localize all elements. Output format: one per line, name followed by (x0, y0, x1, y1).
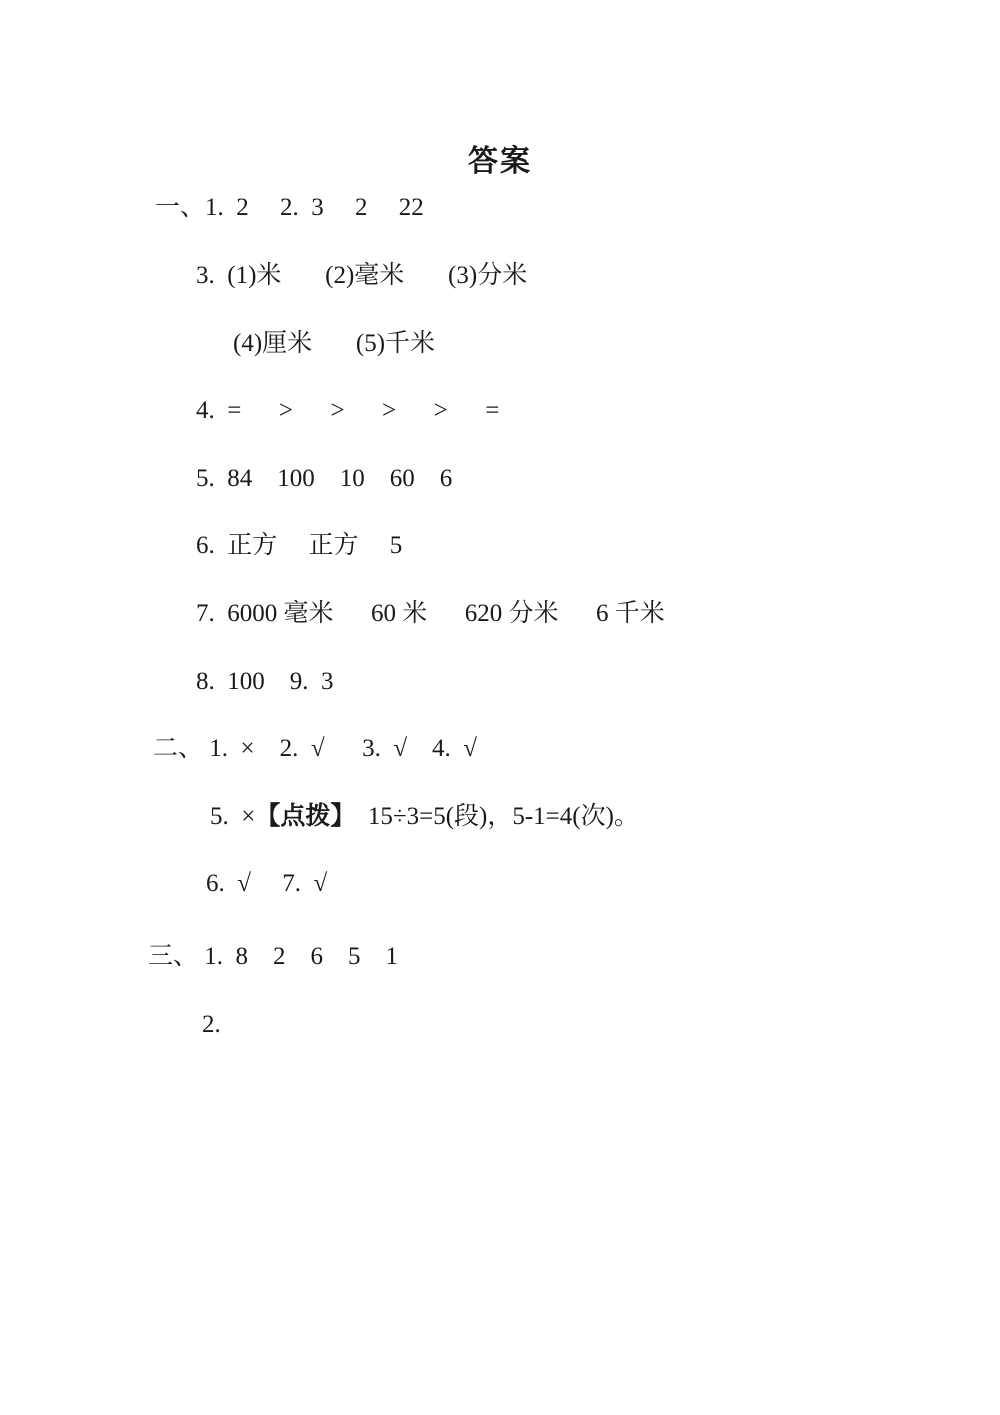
answers-section-three-q1: 1. 8 2 6 5 1 (198, 943, 398, 970)
answers-q6: 6. 正方 正方 5 (196, 532, 402, 559)
answers-q3-part1: 3. (1)米 (2)毫米 (3)分米 (196, 262, 527, 289)
page-title: 答案 (0, 136, 1000, 180)
section-two-q6-q7-line: 6. √ 7. √ (206, 868, 327, 900)
answers-q8-q9: 8. 100 9. 3 (196, 668, 334, 695)
section-two-q5-line: 5. ×【点拨】 15÷3=5(段)，5-1=4(次)。 (210, 801, 639, 833)
section-three-marker: 三、 (148, 943, 198, 970)
answers-q1-q2: 1. 2 2. 3 2 22 (205, 194, 424, 221)
answer-q5: 5. × (210, 803, 255, 830)
answers-q7: 7. 6000 毫米 60 米 620 分米 6 千米 (196, 600, 665, 627)
section-one-q6-line: 6. 正方 正方 5 (196, 530, 402, 562)
section-one-q4-line: 4. = > > > > = (196, 395, 499, 427)
answer-sheet-page: 答案 一、1. 2 2. 3 2 22 3. (1)米 (2)毫米 (3)分米 … (0, 0, 1000, 1415)
section-one-q3-line2: (4)厘米 (5)千米 (233, 328, 435, 360)
answers-q5: 5. 84 100 10 60 6 (196, 465, 452, 492)
answers-q4: 4. = > > > > = (196, 397, 499, 424)
q5-explanation: 15÷3=5(段)，5-1=4(次)。 (355, 803, 639, 830)
section-three-q2-line: 2. (202, 1009, 221, 1041)
section-two-marker: 二、 (153, 735, 203, 762)
answers-section-three-q2: 2. (202, 1011, 221, 1038)
section-one-q3-line1: 3. (1)米 (2)毫米 (3)分米 (196, 260, 527, 292)
section-one-q8-q9-line: 8. 100 9. 3 (196, 666, 334, 698)
section-one-q5-line: 5. 84 100 10 60 6 (196, 463, 452, 495)
section-one-q1-q2-line: 一、1. 2 2. 3 2 22 (155, 192, 424, 224)
answers-q6-q7: 6. √ 7. √ (206, 870, 327, 897)
tip-label: 【点拨】 (255, 803, 355, 830)
section-two-q1-q4-line: 二、 1. × 2. √ 3. √ 4. √ (153, 733, 477, 765)
section-one-marker: 一、 (155, 194, 205, 221)
answers-q1-to-q4: 1. × 2. √ 3. √ 4. √ (203, 735, 477, 762)
answers-q3-part2: (4)厘米 (5)千米 (233, 330, 435, 357)
section-three-q1-line: 三、 1. 8 2 6 5 1 (148, 941, 398, 973)
section-one-q7-line: 7. 6000 毫米 60 米 620 分米 6 千米 (196, 598, 665, 630)
